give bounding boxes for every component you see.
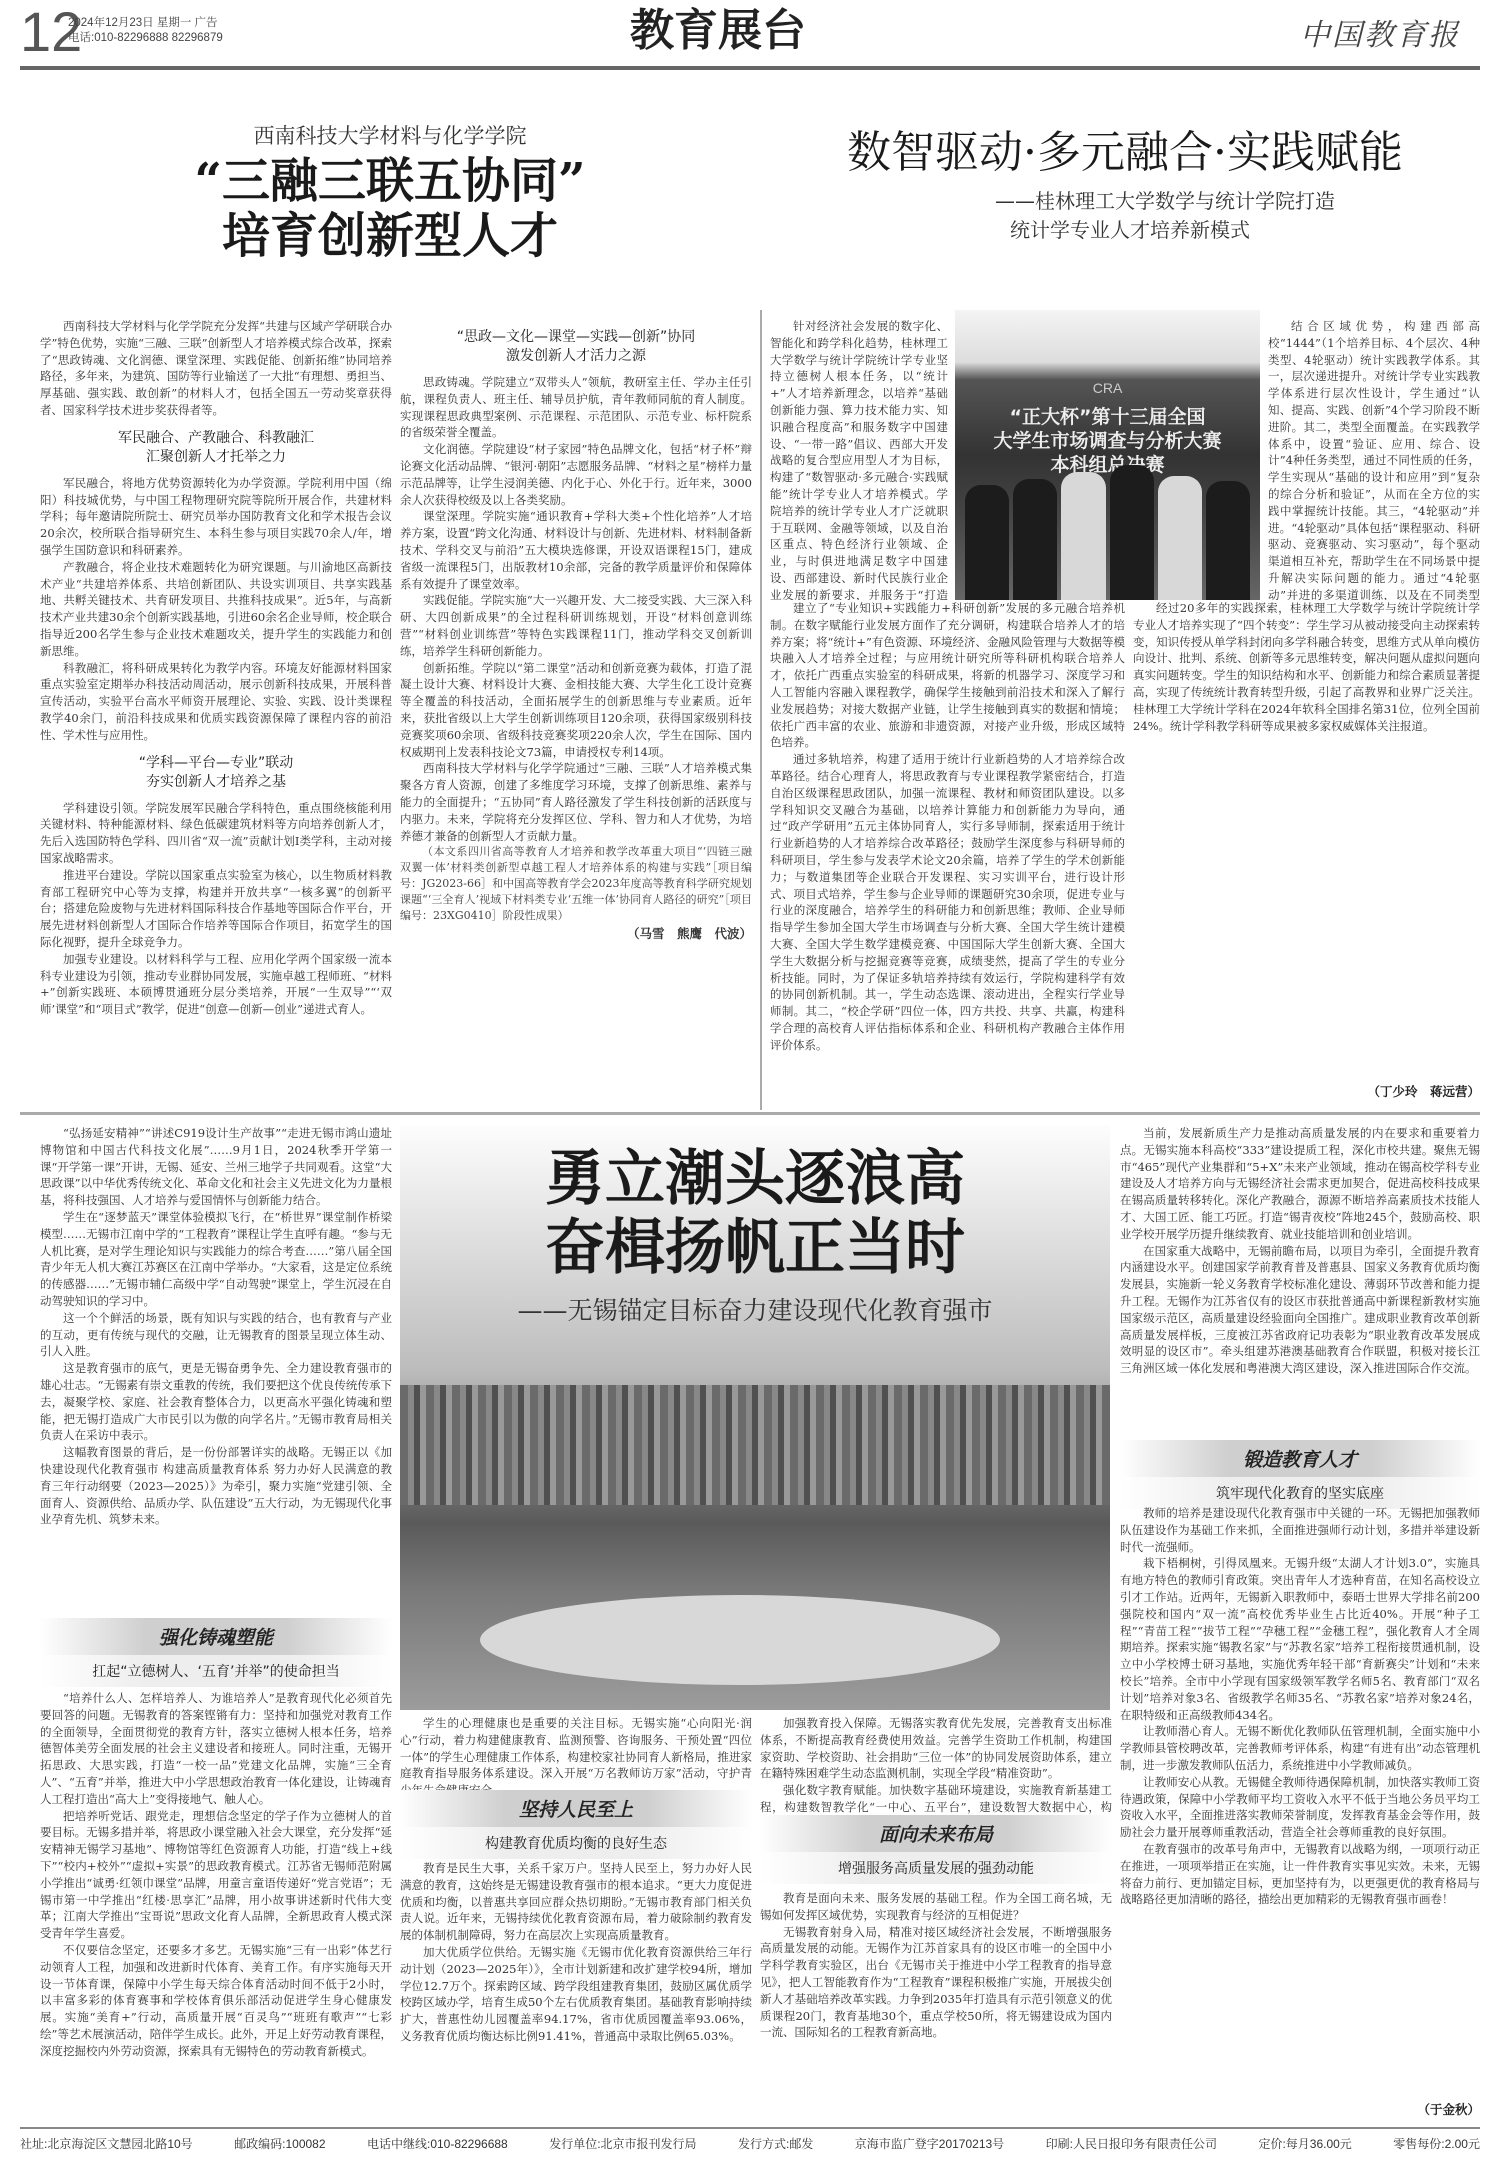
paragraph: 把培养听党话、跟党走，理想信念坚定的学子作为立德树人的首要目标。无锡多措并举，将… — [40, 1808, 392, 1942]
section-subtitle: 增强服务高质量发展的强劲动能 — [760, 1852, 1112, 1884]
section-title: 教育展台 — [630, 0, 806, 62]
paragraph: 建立了“专业知识+实践能力+科研创新”发展的多元融合培养机制。在数字赋能行业发展… — [770, 600, 1125, 751]
date-line: 2024年12月23日 星期一 广告 — [68, 16, 223, 31]
subhead-line1: ——桂林理工大学数学与统计学院打造 — [770, 185, 1480, 214]
section-subtitle: 扛起“立德树人、‘五育’并举”的使命担当 — [40, 1655, 392, 1687]
subhead-line2: 统计学专业人才培养新模式 — [770, 214, 1480, 243]
article-swust-header: 西南科技大学材料与化学学院 “三融三联五协同” 培育创新型人才 — [40, 120, 740, 264]
paragraph: 经过20多年的实践探索，桂林理工大学数学与统计学院统计学专业人才培养实现了“四个… — [1133, 600, 1480, 734]
paragraph: 文化润德。学院建设“材子家园”特色品牌文化，包括“材子杯”辩论赛文化活动品牌、“… — [400, 441, 752, 508]
footer-distributor: 发行单位:北京市报刊发行局 — [549, 2135, 696, 2152]
paragraph: 针对经济社会发展的数字化、智能化和跨学科化趋势，桂林理工大学数学与统计学院统计学… — [770, 318, 948, 600]
phone-line: 电话:010-82296888 82296879 — [68, 31, 223, 46]
authors: （于金秋） — [1280, 2100, 1480, 2118]
paragraph: 思政铸魂。学院建立“双带头人”领航，教研室主任、学办主任引航，课程负责人、班主任… — [400, 374, 752, 441]
paper-logo: 中国教育报 — [1300, 10, 1460, 54]
competition-photo: CRA “正大杯”第十三届全国 大学生市场调查与分析大赛 本科组总决赛 — [955, 310, 1260, 600]
headline-line2: 奋楫扬帆正当时 — [400, 1214, 1110, 1283]
funding-citation: （本文系四川省高等教育人才培养和教学改革重大项目“‘四链三融 双翼一体’材料类创… — [400, 844, 752, 924]
city-skyline — [400, 1385, 1110, 1505]
paragraph: 这一个个鲜活的场景，既有知识与实践的结合，也有教育与产业的互动，更有传统与现代的… — [40, 1310, 392, 1360]
paragraph: 加强专业建设。以材料科学与工程、应用化学两个国家级一流本科专业建设为引领，推动专… — [40, 951, 392, 1018]
paragraph: 西南科技大学材料与化学学院通过“三融、三联”人才培养模式集聚各方育人资源，创建了… — [400, 760, 752, 844]
article-glut-col4: 经过20多年的实践探索，桂林理工大学数学与统计学院统计学专业人才培养实现了“四个… — [1133, 600, 1480, 1075]
article-swust-col1: 西南科技大学材料与化学学院充分发挥“共建与区域产学研联合办学”特色优势，实施“三… — [40, 318, 392, 1108]
paragraph: 实践促能。学院实施“大一兴趣开发、大二接受实践、大三深入科研、大四创新成果”的全… — [400, 592, 752, 659]
paragraph: 在国家重大战略中，无锡前瞻布局，以项目为牵引，全面提升教育内涵建设水平。创建国家… — [1120, 1243, 1480, 1377]
photo-logo: CRA — [955, 380, 1260, 396]
paragraph: 让教师安心从教。无锡健全教师待遇保障机制，加快落实教师工资待遇政策，保障中小学教… — [1120, 1774, 1480, 1841]
paragraph: 加大优质学位供给。无锡实施《无锡市优化教育资源供给三年行动计划（2023—202… — [400, 1944, 752, 2045]
headline-line2: 培育创新型人才 — [40, 209, 740, 264]
footer-postcode: 邮政编码:100082 — [234, 2135, 325, 2152]
footer-price-single: 零售每份:2.00元 — [1393, 2135, 1480, 2152]
section-divider — [20, 1112, 1480, 1115]
paragraph: 结合区域优势，构建西部高校“1444”（1个培养目标、4个层次、4种类型、4轮驱… — [1268, 318, 1480, 600]
section-tag-3: 面向未来布局 增强服务高质量发展的强劲动能 — [760, 1815, 1112, 1884]
headline-line1: “三融三联五协同” — [40, 154, 740, 209]
paragraph: 加强教育投入保障。无锡落实教育优先发展，完善教育支出标准体系，不断提高教育经费使… — [760, 1715, 1112, 1782]
authors: （马雪 熊鹰 代波） — [400, 926, 752, 943]
footer-price-monthly: 定价:每月36.00元 — [1258, 2135, 1351, 2152]
kicker: 西南科技大学材料与化学学院 — [40, 120, 740, 150]
section-tag-1: 强化铸魂塑能 扛起“立德树人、‘五育’并举”的使命担当 — [40, 1618, 392, 1687]
subheading: “思政—文化—课堂—实践—创新”协同 激发创新人才活力之源 — [400, 328, 752, 366]
article-swust-col2: “思政—文化—课堂—实践—创新”协同 激发创新人才活力之源 思政铸魂。学院建立“… — [400, 318, 752, 1108]
section-subtitle: 构建教育优质均衡的良好生态 — [400, 1827, 752, 1859]
paragraph: 通过多轨培养，构建了适用于统计行业新趋势的人才培养综合改革路径。结合心理育人，将… — [770, 751, 1125, 1053]
wuxi-hero-image: 勇立潮头逐浪高 奋楫扬帆正当时 ——无锡锚定目标奋力建设现代化教育强市 — [400, 1125, 1110, 1710]
section-tag-4: 锻造教育人才 筑牢现代化教育的坚实底座 — [1120, 1440, 1480, 1509]
paragraph: 无锡教育射身入局，精准对接区域经济社会发展，不断增强服务高质量发展的动能。无锡作… — [760, 1924, 1112, 2042]
paragraph: 栽下梧桐树，引得凤凰来。无锡升级“太湖人才计划3.0”，实施具有地方特色的教师引… — [1120, 1555, 1480, 1723]
paragraph: 推进平台建设。学院以国家重点实验室为核心，以生物质材料教育部工程研究中心等为支撑… — [40, 867, 392, 951]
section-tag-2: 坚持人民至上 构建教育优质均衡的良好生态 — [400, 1790, 752, 1859]
paragraph: 课堂深理。学院实施“通识教育+学科大类+个性化培养”人才培养方案，设置“跨文化沟… — [400, 508, 752, 592]
group-of-people — [965, 465, 1250, 600]
headline: 数智驱动·多元融合·实践赋能 — [770, 128, 1480, 179]
article-glut-col1: 针对经济社会发展的数字化、智能化和跨学科化趋势，桂林理工大学数学与统计学院统计学… — [770, 318, 948, 600]
article-glut-col3: 结合区域优势，构建西部高校“1444”（1个培养目标、4个层次、4种类型、4轮驱… — [1268, 318, 1480, 600]
article-wuxi-mid2: 加强教育投入保障。无锡落实教育优先发展，完善教育支出标准体系，不断提高教育经费使… — [760, 1715, 1112, 1815]
paragraph: 教育是面向未来、服务发展的基础工程。作为全国工商名城，无锡如何发挥区域优势，实现… — [760, 1890, 1112, 1924]
paragraph: 这是教育强市的底气，更是无锡奋勇争先、全力建设教育强市的雄心壮志。“无锡素有崇文… — [40, 1360, 392, 1444]
article-wuxi-right: 当前，发展新质生产力是推动高质量发展的内在要求和重要着力点。无锡实施本科高校“3… — [1120, 1125, 1480, 1435]
paragraph: 科教融汇，将科研成果转化为教学内容。环境友好能源材料国家重点实验室定期举办科技活… — [40, 660, 392, 744]
paragraph: “培养什么人、怎样培养人、为谁培养人”是教育现代化必须首先要回答的问题。无锡教育… — [40, 1690, 392, 1808]
article-wuxi-s2: 教育是民生大事，关系千家万户。坚持人民至上，努力办好人民满意的教育，这始终是无锡… — [400, 1860, 752, 2115]
paragraph: 军民融合，将地方优势资源转化为办学资源。学院利用中国（绵阳）科技城优势，与中国工… — [40, 475, 392, 559]
paragraph: 不仅要信念坚定，还要多才多艺。无锡实施“三有一出彩”体艺行动领育人工程，加强和改… — [40, 1942, 392, 2060]
subheading: 军民融合、产教融合、科教融汇 汇聚创新人才托举之力 — [40, 429, 392, 467]
paragraph: 教育是民生大事，关系千家万户。坚持人民至上，努力办好人民满意的教育，这始终是无锡… — [400, 1860, 752, 1944]
paragraph: “弘扬延安精神”“讲述C919设计生产故事”“走进无锡市鸿山遗址博物馆和中国古代… — [40, 1125, 392, 1209]
footer-license: 京海市监广登字20170213号 — [855, 2135, 1004, 2152]
paragraph: 产教融合，将企业技术难题转化为研究课题。与川渝地区高新技术产业“共建培养体系、共… — [40, 559, 392, 660]
subheading: “学科—平台—专业”联动 夯实创新人才培养之基 — [40, 754, 392, 792]
intro-paragraph: 西南科技大学材料与化学学院充分发挥“共建与区域产学研联合办学”特色优势，实施“三… — [40, 318, 392, 419]
subhead: ——无锡锚定目标奋力建设现代化教育强市 — [400, 1291, 1110, 1327]
footer-method: 发行方式:邮发 — [738, 2135, 813, 2152]
article-glut-header: 数智驱动·多元融合·实践赋能 ——桂林理工大学数学与统计学院打造 统计学专业人才… — [770, 128, 1480, 243]
headline-line1: 勇立潮头逐浪高 — [400, 1145, 1110, 1214]
masthead-rule — [20, 66, 1480, 70]
article-glut-main: 建立了“专业知识+实践能力+科研创新”发展的多元融合培养机制。在数字赋能行业发展… — [770, 600, 1125, 1075]
paragraph: 创新拓维。学院以“第二课堂”活动和创新竞赛为载体，打造了混凝土设计大赛、材料设计… — [400, 660, 752, 761]
paragraph: 学生在“逐梦蓝天”课堂体验模拟飞行，在“桥世界”课堂制作桥梁模型……无锡市江南中… — [40, 1209, 392, 1310]
article-wuxi-s3: 教育是面向未来、服务发展的基础工程。作为全国工商名城，无锡如何发挥区域优势，实现… — [760, 1890, 1112, 2115]
paragraph: 这幅教育图景的背后，是一份份部署详实的战略。无锡正以《加快建设现代化教育强市 构… — [40, 1444, 392, 1528]
footer-printer: 印刷:人民日报印务有限责任公司 — [1046, 2135, 1217, 2152]
calligraphy-title: 面向未来布局 — [760, 1815, 1112, 1852]
authors: （丁少玲 蒋远营） — [1280, 1082, 1480, 1100]
paragraph: 学生的心理健康也是重要的关注目标。无锡实施“心向阳光·润心”行动，着力构建健康教… — [400, 1715, 752, 1795]
column-divider — [760, 310, 762, 1110]
calligraphy-title: 坚持人民至上 — [400, 1790, 752, 1827]
paragraph: 教师的培养是建设现代化教育强市中关键的一环。无锡把加强教师队伍建设作为基础工作来… — [1120, 1505, 1480, 1555]
paragraph: 在教育强市的改革号角声中，无锡教育以战略为纲，一项项行动正在推进，一项项举措正在… — [1120, 1841, 1480, 1908]
issue-info: 2024年12月23日 星期一 广告 电话:010-82296888 82296… — [68, 16, 223, 46]
footer-phone: 电话中继线:010-82296688 — [367, 2135, 508, 2152]
lake-fountain — [480, 1595, 1000, 1685]
paragraph: 当前，发展新质生产力是推动高质量发展的内在要求和重要着力点。无锡实施本科高校“3… — [1120, 1125, 1480, 1243]
article-wuxi-s1: “培养什么人、怎样培养人、为谁培养人”是教育现代化必须首先要回答的问题。无锡教育… — [40, 1690, 392, 2115]
calligraphy-title: 强化铸魂塑能 — [40, 1618, 392, 1655]
paragraph: 学科建设引领。学院发展军民融合学科特色，重点围绕核能利用关键材料、特种能源材料、… — [40, 800, 392, 867]
calligraphy-title: 锻造教育人才 — [1120, 1440, 1480, 1477]
article-wuxi-s4: 教师的培养是建设现代化教育强市中关键的一环。无锡把加强教师队伍建设作为基础工作来… — [1120, 1505, 1480, 2095]
article-wuxi-mid1: 学生的心理健康也是重要的关注目标。无锡实施“心向阳光·润心”行动，着力构建健康教… — [400, 1715, 752, 1795]
paragraph: 让教师潜心育人。无锡不断优化教师队伍管理机制，全面实施中小学教师县管校聘改革，完… — [1120, 1723, 1480, 1773]
footer-address: 社址:北京海淀区文慧园北路10号 — [20, 2135, 193, 2152]
article-wuxi-left: “弘扬延安精神”“讲述C919设计生产故事”“走进无锡市鸿山遗址博物馆和中国古代… — [40, 1125, 392, 1665]
paragraph: 强化数字教育赋能。加快数字基础环境建设，实施教育新基建工程，构建数智教学化“一中… — [760, 1782, 1112, 1815]
footer-imprint: 社址:北京海淀区文慧园北路10号 邮政编码:100082 电话中继线:010-8… — [20, 2127, 1480, 2152]
